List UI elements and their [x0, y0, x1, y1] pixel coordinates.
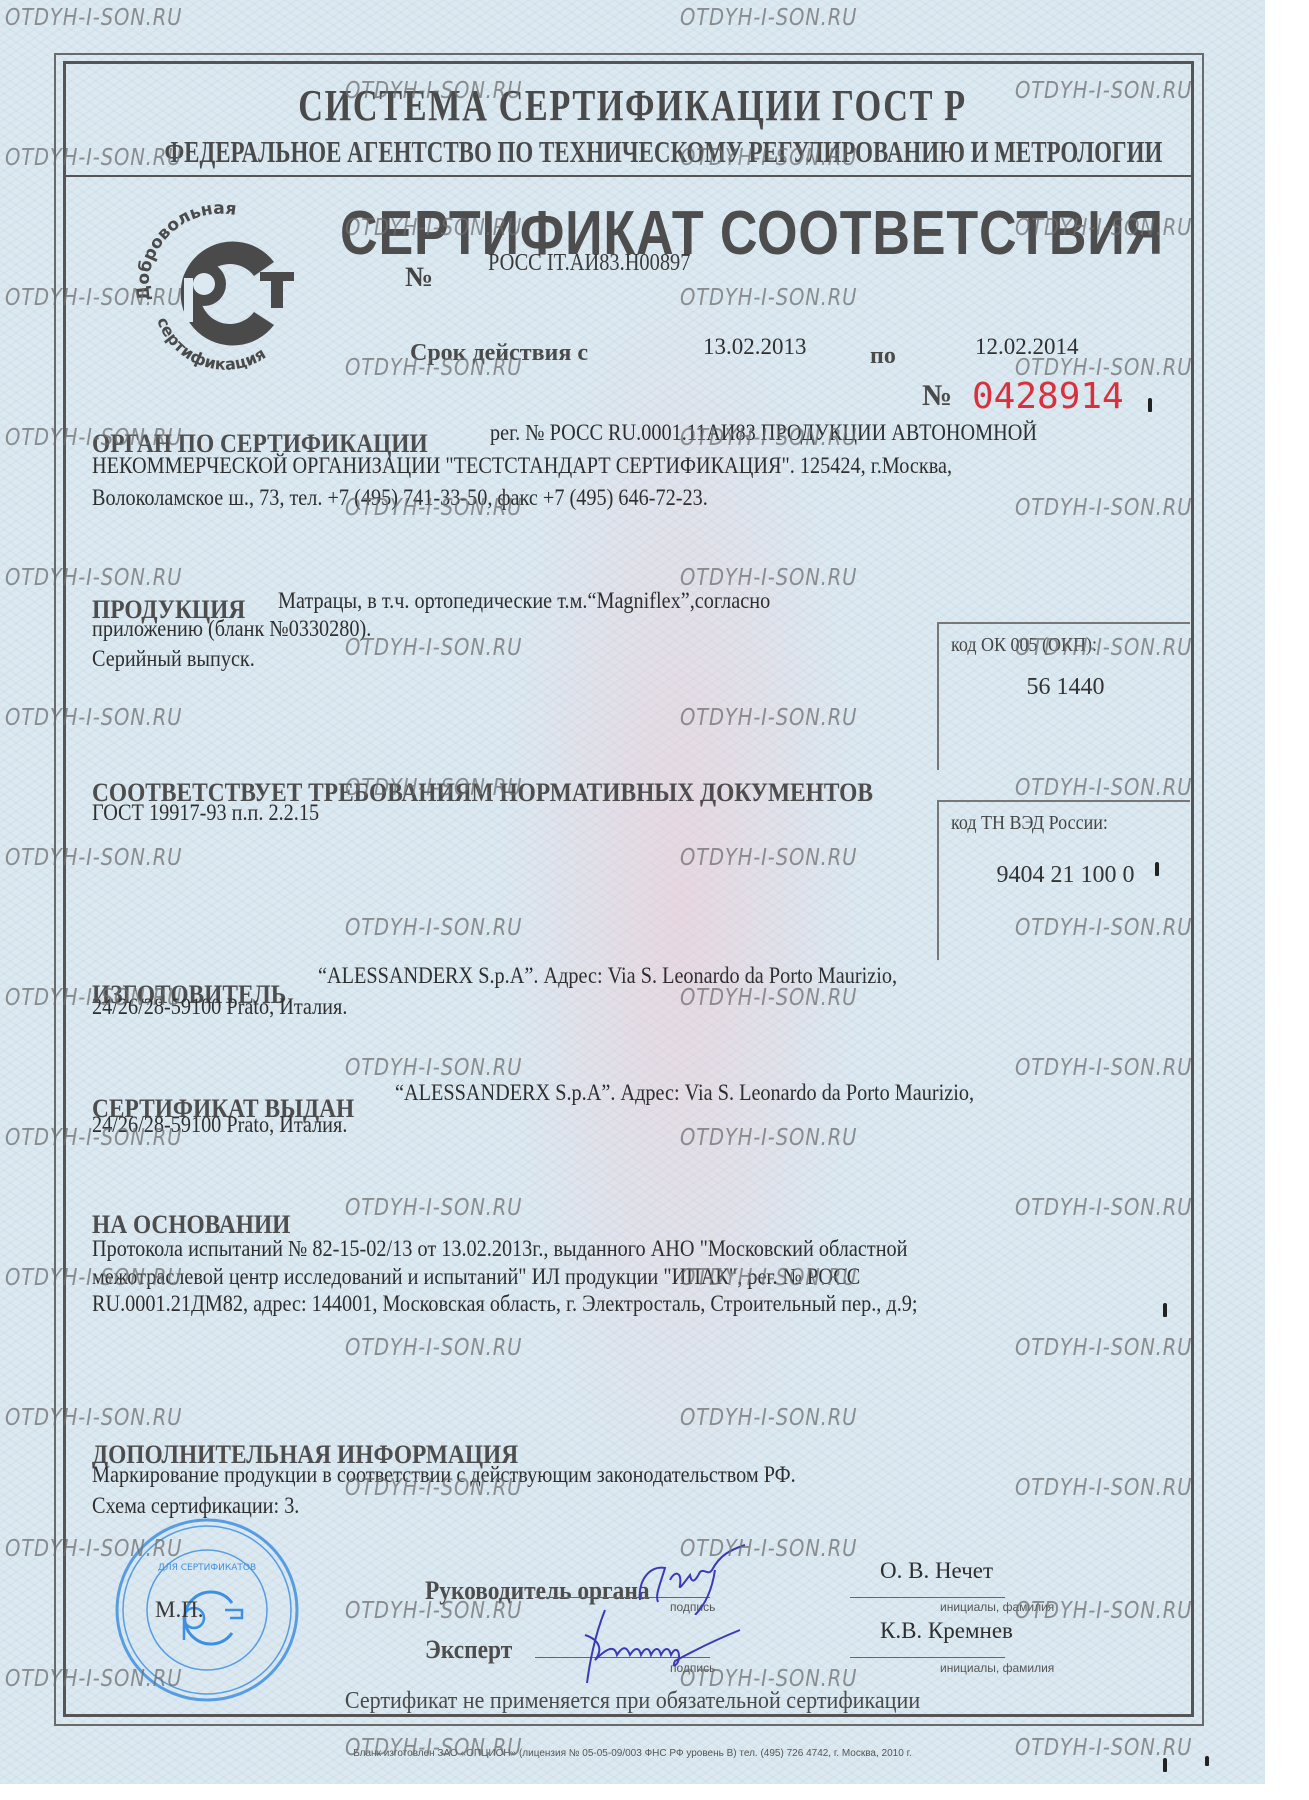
certificate-title: СЕРТИФИКАТ СООТВЕТСТВИЯ [340, 198, 1164, 269]
expert-signature-icon [575, 1605, 755, 1685]
serial-number: 0428914 [972, 376, 1124, 417]
head-signature-icon [620, 1540, 760, 1615]
head-of-organ-name: О. В. Нечет [880, 1558, 993, 1584]
name-line [850, 1657, 1005, 1658]
agency-title: ФЕДЕРАЛЬНОЕ АГЕНТСТВО ПО ТЕХНИЧЕСКОМУ РЕ… [164, 134, 1100, 170]
name-caption: инициалы, фамилия [940, 1600, 1054, 1614]
name-line [850, 1597, 1005, 1598]
seal-stamp-icon: ДЛЯ СЕРТИФИКАТОВ [112, 1515, 302, 1705]
valid-to-label: по [870, 343, 896, 370]
header-divider [63, 175, 1194, 177]
head-of-organ-label: Руководитель органа [425, 1576, 650, 1606]
footer-print-info: Бланк изготовлен ЗАО «ОПЦИОН» (лицензия … [0, 1748, 1265, 1759]
organ-line: рег. № РОСС RU.0001.11АИ83 ПРОДУКЦИИ АВТ… [490, 420, 1037, 446]
okp-code-value: 56 1440 [939, 674, 1192, 701]
tnved-code-label: код ТН ВЭД России: [951, 812, 1108, 835]
certificate-number: РОСС IT.АИ83.Н00897 [488, 250, 690, 277]
organ-line: Волоколамское ш., 73, тел. +7 (495) 741-… [92, 485, 708, 511]
basis-line: RU.0001.21ДМ82, адрес: 144001, Московска… [92, 1291, 918, 1317]
okp-code-label: код ОК 005 (ОКП): [951, 634, 1097, 657]
organ-line: НЕКОММЕРЧЕСКОЙ ОРГАНИЗАЦИИ "ТЕСТСТАНДАРТ… [92, 453, 952, 479]
stamp-text: ДЛЯ СЕРТИФИКАТОВ [158, 1563, 256, 1573]
basis-line: межотраслевой центр исследований и испыт… [92, 1264, 860, 1290]
watermark: OTDYH-I-SON.RU [5, 5, 182, 31]
ink-mark [1163, 1758, 1167, 1772]
serial-number-label: № [922, 379, 952, 413]
additional-info-line: Маркирование продукции в соответствии с … [92, 1462, 796, 1488]
disclaimer: Сертификат не применяется при обязательн… [51, 1688, 1215, 1715]
manufacturer-line: “ALESSANDERX S.p.A”. Адрес: Via S. Leona… [318, 963, 897, 989]
ink-mark [1148, 398, 1152, 412]
valid-from-date: 13.02.2013 [703, 334, 807, 360]
ink-mark [1163, 1303, 1167, 1317]
expert-name: К.В. Кремнев [880, 1618, 1013, 1644]
issued-to-line: “ALESSANDERX S.p.A”. Адрес: Via S. Leona… [395, 1080, 974, 1106]
basis-line: Протокола испытаний № 82-15-02/13 от 13.… [92, 1236, 907, 1262]
stamp-label: М.П. [155, 1597, 204, 1623]
manufacturer-line: 24/26/28-59100 Prato, Италия. [92, 994, 347, 1020]
tnved-code-box: код ТН ВЭД России: 9404 21 100 0 [937, 800, 1190, 960]
name-caption: инициалы, фамилия [940, 1661, 1054, 1675]
certificate-paper: СИСТЕМА СЕРТИФИКАЦИИ ГОСТ Р ФЕДЕРАЛЬНОЕ … [0, 0, 1265, 1784]
product-line: Матрацы, в т.ч. ортопедические т.м.“Magn… [278, 588, 770, 614]
okp-code-box: код ОК 005 (ОКП): 56 1440 [937, 622, 1190, 770]
watermark: OTDYH-I-SON.RU [680, 5, 857, 31]
validity-label: Срок действия с [410, 340, 588, 367]
expert-label: Эксперт [425, 1635, 512, 1665]
certificate-number-label: № [405, 262, 433, 294]
rst-logo-icon: Добровольная сертификация [122, 200, 322, 370]
ink-mark [1155, 862, 1159, 876]
product-line: Серийный выпуск. [92, 646, 255, 672]
valid-to-date: 12.02.2014 [975, 334, 1079, 360]
product-line: приложению (бланк №0330280). [92, 616, 371, 642]
ink-mark [1205, 1756, 1209, 1766]
conformity-line: ГОСТ 19917-93 п.п. 2.2.15 [92, 800, 319, 826]
issued-to-line: 24/26/28-59100 Prato, Италия. [92, 1112, 347, 1138]
system-title: СИСТЕМА СЕРТИФИКАЦИИ ГОСТ Р [139, 80, 1126, 131]
